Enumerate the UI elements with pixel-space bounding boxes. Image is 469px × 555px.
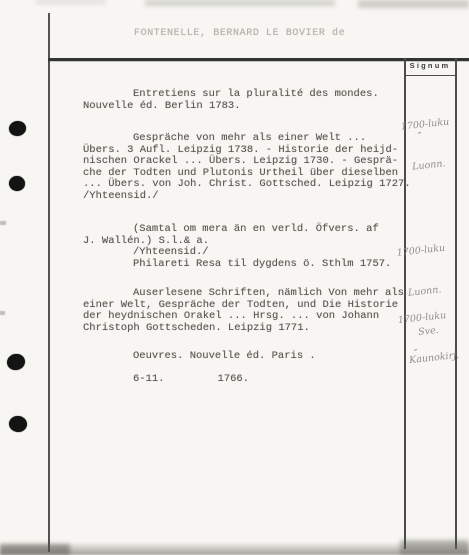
- ditto-mark: ″: [418, 132, 422, 142]
- entry-line: Nouvelle éd. Berlin 1783.: [83, 101, 379, 113]
- scan-smudge: [145, 0, 335, 6]
- entry-line: ... Übers. von Joh. Christ. Gottsched. L…: [83, 179, 411, 191]
- scan-artifact: [0, 311, 5, 315]
- entry-line: der heydnischen Orakel ... Hrsg. ... von…: [83, 311, 404, 323]
- library-catalog-card-scan: FONTENELLE, BERNARD LE BOVIER de Signum …: [0, 0, 469, 555]
- signum-header-underline: [404, 75, 456, 76]
- scan-artifact: [0, 221, 6, 225]
- entry-samtal: (Samtal om mera än en verld. Öfvers. af …: [83, 224, 391, 270]
- card-right-border: [455, 58, 457, 549]
- card-heading: FONTENELLE, BERNARD LE BOVIER de: [134, 28, 345, 39]
- signum-line: 1700-luku: [397, 308, 455, 327]
- entry-line: (Samtal om mera än en verld. Öfvers. af: [83, 224, 391, 236]
- signum-annotation-3: 1700-luku Kaunokirj.: [395, 281, 463, 394]
- signum-line: 1700-luku: [396, 242, 446, 260]
- year: 1766.: [218, 373, 250, 385]
- entry-line: Auserlesene Schriften, nämlich Von mehr …: [83, 288, 404, 300]
- hole-punch-icon: [8, 415, 28, 433]
- hole-punch-icon: [8, 120, 27, 137]
- entry-entretiens: Entretiens sur la pluralité des mondes. …: [83, 89, 379, 112]
- signum-column-header: Signum: [404, 61, 456, 70]
- entry-oeuvres: Oeuvres. Nouvelle éd. Paris . 6-11.1766.: [83, 351, 316, 385]
- entry-line: Gespräche von mehr als einer Welt ...: [83, 133, 411, 145]
- entry-line: Christoph Gottscheden. Leipzig 1771.: [83, 323, 404, 335]
- card-left-border: [48, 13, 50, 552]
- entry-line: /Yhteensid./: [83, 247, 391, 259]
- scan-smudge: [36, 0, 106, 4]
- scan-smudge: [400, 540, 469, 555]
- scan-smudge: [358, 0, 469, 8]
- entry-gespraeche: Gespräche von mehr als einer Welt ... Üb…: [83, 133, 411, 202]
- scan-smudge: [0, 544, 70, 555]
- signum-line: 1700-luku: [400, 116, 450, 134]
- entry-line: Philareti Resa til dygdens ö. Sthlm 1757…: [83, 259, 391, 271]
- ditto-mark: ″: [414, 349, 418, 359]
- entry-line: Entretiens sur la pluralité des mondes.: [83, 89, 379, 101]
- hole-punch-icon: [6, 352, 27, 371]
- entry-line: Oeuvres. Nouvelle éd. Paris .: [83, 351, 316, 363]
- entry-line: 6-11.1766.: [83, 374, 316, 386]
- entry-auserlesene: Auserlesene Schriften, nämlich Von mehr …: [83, 288, 404, 334]
- hole-punch-icon: [8, 175, 25, 191]
- signum-annotation-1: 1700-luku Luonn.: [397, 89, 456, 201]
- entry-line: /Yhteensid./: [83, 191, 411, 203]
- volumes: 6-11.: [133, 373, 165, 385]
- scan-smudge: [0, 542, 469, 555]
- entry-line: J. Wallén.) S.l.& a.: [83, 236, 391, 248]
- signum-line: Luonn.: [412, 156, 455, 174]
- entry-line: nischen Orackel ... Übers. Leipzig 1730.…: [83, 156, 411, 168]
